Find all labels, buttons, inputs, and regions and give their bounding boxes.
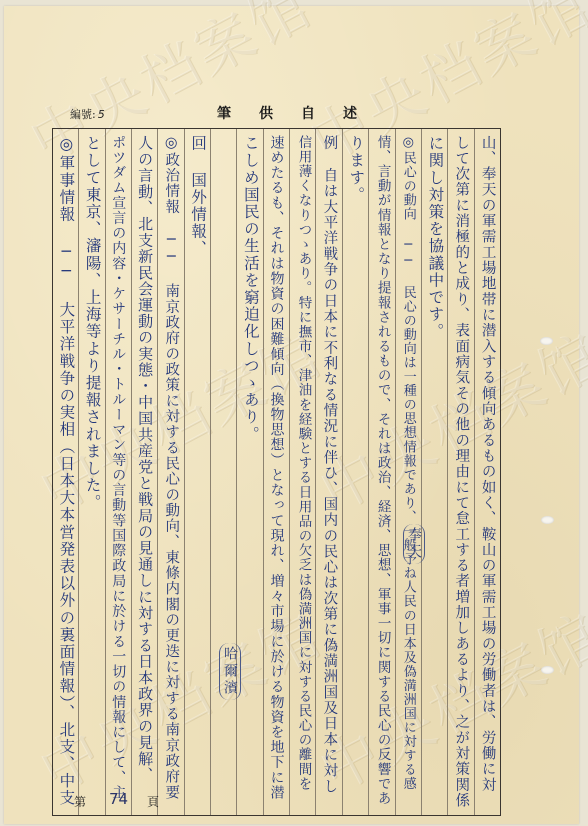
manuscript-column: ポツダム宣言の内容・ケサーチル・トルーマン等の言動等国際政局に於ける一切の情報に… xyxy=(105,129,131,815)
manuscript-column: ◎軍事情報 ── 大平洋戦争の実相（日本大本営発表以外の裏面情報）、北支、中支 xyxy=(53,129,78,815)
document-page: 中央档案馆 中央档案馆 中央档案馆 中央档案馆 中央档案馆 中央档案馆 編號:5… xyxy=(4,6,579,824)
punch-hole xyxy=(541,666,554,674)
column-text: 例 自は大平洋戦争の日本に不利なる情況に伴ひ、国内の民心は次第に偽満洲国及日本に… xyxy=(322,135,337,794)
column-text: ◎軍事情報 ── 大平洋戦争の実相（日本大本営発表以外の裏面情報）、北支、中支 xyxy=(58,135,74,807)
column-text: 信用薄くなりつゝあり。特に撫市、津油を経験とする日用品の欠乏は偽満洲国に対する民… xyxy=(296,135,310,791)
column-text: 回 国外情報、 xyxy=(190,135,206,257)
column-text: ります。 xyxy=(348,135,364,203)
column-text: 情、言動が情報となり提報されるもので、それは政治、経済、思想、軍事一切に関する民… xyxy=(375,135,389,806)
manuscript-column: 速めたるも、それは物資の困難傾向（換物思想）となって現れ、増々市場に於ける物資を… xyxy=(263,129,289,815)
manuscript-column: ◎民心の動向 ── 民心の動向は一種の思想情報であり、一般予ね人民の日本及偽満洲… xyxy=(395,129,421,815)
column-text: こしめ国民の生活を窮迫化しつゝあり。 xyxy=(242,135,258,443)
column-text: 人の言動、北支新民会運動の実態・中国共産党と戦局の見通しに対する日本政界の見解、 xyxy=(137,135,152,783)
manuscript-grid: 山、奉天の軍需工場地帯に潜入する傾向あるもの如く、鞍山の軍需工場の労働者は、労働… xyxy=(52,128,501,816)
manuscript-column: 情、言動が情報となり提報されるもので、それは政治、経済、思想、軍事一切に関する民… xyxy=(368,129,394,815)
manuscript-column: して次第に消極的と成り、表面病気その他の理由にて怠工する者増加しあるより、之が対… xyxy=(447,129,473,815)
location-note-harbin: 哈爾濱 xyxy=(219,643,241,700)
manuscript-column: 例 自は大平洋戦争の日本に不利なる情況に伴ひ、国内の民心は次第に偽満洲国及日本に… xyxy=(315,129,341,815)
manuscript-column: ります。 xyxy=(342,129,368,815)
manuscript-column: として東京、瀋陽、上海等より提報されました。 xyxy=(78,129,104,815)
document-number: 編號:5 xyxy=(70,106,105,122)
column-text: して次第に消極的と成り、表面病気その他の理由にて怠工する者増加しあるより、之が対… xyxy=(454,135,469,808)
document-number-label: 編號: xyxy=(70,108,96,121)
column-text: 山、奉天の軍需工場地帯に潜入する傾向あるもの如く、鞍山の軍需工場の労働者は、労働… xyxy=(480,135,495,793)
column-text: として東京、瀋陽、上海等より提報されました。 xyxy=(84,135,100,511)
manuscript-column: 回 国外情報、 xyxy=(184,129,210,815)
manuscript-column: 信用薄くなりつゝあり。特に撫市、津油を経験とする日用品の欠乏は偽満洲国に対する民… xyxy=(289,129,315,815)
footer-prefix: 第 xyxy=(74,793,86,810)
manuscript-column xyxy=(210,129,236,815)
column-text: ◎政治情報 ── 南京政府の政策に対する民心の動向、東條内閣の更迭に対する南京政… xyxy=(164,135,179,800)
column-text: ポツダム宣言の内容・ケサーチル・トルーマン等の言動等国際政局に於ける一切の情報に… xyxy=(111,135,125,800)
manuscript-column: に関し対策を協議中です。 xyxy=(421,129,447,815)
document-number-value: 5 xyxy=(98,108,105,121)
column-text: 速めたるも、それは物資の困難傾向（換物思想）となって現れ、増々市場に於ける物資を… xyxy=(269,135,283,800)
manuscript-column: 山、奉天の軍需工場地帯に潜入する傾向あるもの如く、鞍山の軍需工場の労働者は、労働… xyxy=(474,129,500,815)
footer-suffix: 頁 xyxy=(147,793,159,810)
location-note-fengtian: 奉天 xyxy=(403,524,425,564)
column-text: に関し対策を協議中です。 xyxy=(427,135,443,340)
punch-hole xyxy=(540,337,553,345)
document-title: 筆供自述 xyxy=(217,103,385,123)
manuscript-column: ◎政治情報 ── 南京政府の政策に対する民心の動向、東條内閣の更迭に対する南京政… xyxy=(157,129,183,815)
column-text: ◎民心の動向 ── 民心の動向は一種の思想情報であり、一般予ね人民の日本及偽満洲… xyxy=(402,135,415,791)
manuscript-column: こしめ国民の生活を窮迫化しつゝあり。 xyxy=(236,129,262,815)
punch-hole xyxy=(541,516,554,524)
manuscript-column: 人の言動、北支新民会運動の実態・中国共産党と戦局の見通しに対する日本政界の見解、 xyxy=(131,129,157,815)
page-number: 74 xyxy=(109,790,128,808)
